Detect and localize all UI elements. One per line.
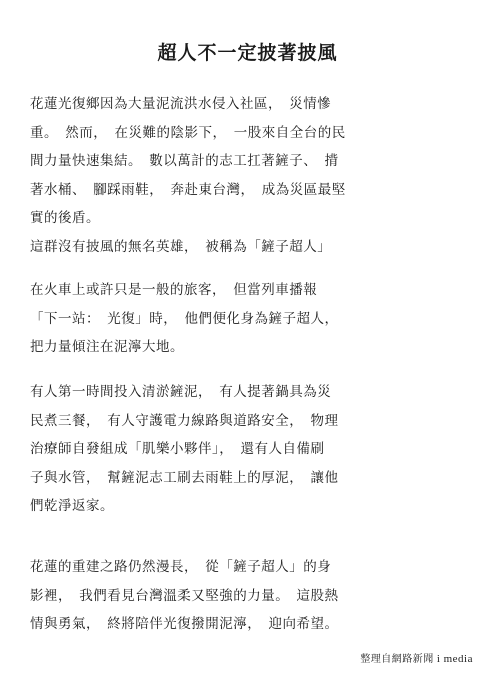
paragraph-3: 有人第一時間投入清淤鏟泥， 有人提著鍋具為災 民煮三餐， 有人守護電力線路與道路…	[30, 378, 475, 521]
paragraph-2: 在火車上或許只是一般的旅客， 但當列車播報 「下一站： 光復」時， 他們便化身為…	[30, 276, 475, 362]
paragraph-line: 實的後盾。	[30, 204, 475, 233]
paragraph-line: 這群沒有披風的無名英雄， 被稱為「鏟子超人」	[30, 233, 475, 262]
document-page: 超人不一定披著披風 花蓮光復鄉因為大量泥流洪水侵入社區， 災情慘 重。 然而， …	[0, 0, 495, 700]
paragraph-line: 花蓮光復鄉因為大量泥流洪水侵入社區， 災情慘	[30, 90, 475, 119]
source-credit: 整理自網路新聞i media	[360, 650, 473, 665]
paragraph-line: 子與水管， 幫鏟泥志工刷去雨鞋上的厚泥， 讓他	[30, 464, 475, 493]
paragraph-line: 間力量快速集結。 數以萬計的志工扛著鏟子、 揹	[30, 147, 475, 176]
paragraph-line: 花蓮的重建之路仍然漫長， 從「鏟子超人」的身	[30, 553, 475, 582]
paragraph-line: 情與勇氣， 終將陪伴光復撥開泥濘， 迎向希望。	[30, 610, 475, 639]
paragraph-line: 們乾淨返家。	[30, 492, 475, 521]
paragraph-line: 有人第一時間投入清淤鏟泥， 有人提著鍋具為災	[30, 378, 475, 407]
source-name: i media	[437, 653, 473, 665]
paragraph-line: 影裡， 我們看見台灣溫柔又堅強的力量。 這股熱	[30, 582, 475, 611]
paragraph-line: 重。 然而， 在災難的陰影下， 一股來自全台的民	[30, 119, 475, 148]
paragraph-line: 民煮三餐， 有人守護電力線路與道路安全， 物理	[30, 407, 475, 436]
paragraph-line: 治療師自發組成「肌樂小夥伴」， 還有人自備刷	[30, 435, 475, 464]
paragraph-line: 「下一站： 光復」時， 他們便化身為鏟子超人，	[30, 305, 475, 334]
paragraph-line: 著水桶、 腳踩雨鞋， 奔赴東台灣， 成為災區最堅	[30, 176, 475, 205]
page-title: 超人不一定披著披風	[0, 38, 495, 65]
paragraph-line: 在火車上或許只是一般的旅客， 但當列車播報	[30, 276, 475, 305]
source-text: 整理自網路新聞	[360, 654, 434, 665]
paragraph-4: 花蓮的重建之路仍然漫長， 從「鏟子超人」的身 影裡， 我們看見台灣溫柔又堅強的力…	[30, 553, 475, 639]
paragraph-1: 花蓮光復鄉因為大量泥流洪水侵入社區， 災情慘 重。 然而， 在災難的陰影下， 一…	[30, 90, 475, 261]
paragraph-line: 把力量傾注在泥濘大地。	[30, 333, 475, 362]
